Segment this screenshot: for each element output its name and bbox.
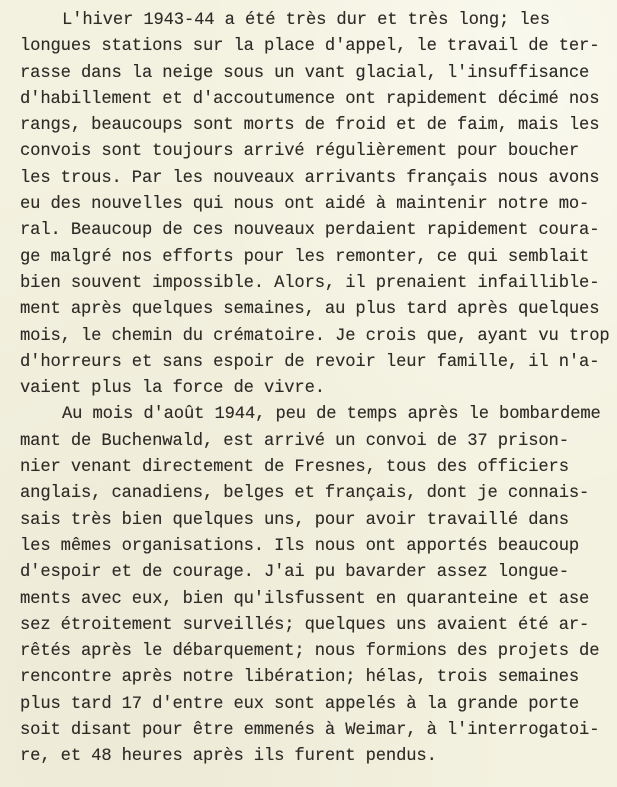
- paragraph-august-1944: Au mois d'août 1944, peu de temps après …: [20, 402, 610, 770]
- text-line: les mêmes organisations. Ils nous ont ap…: [20, 534, 610, 560]
- text-line: L'hiver 1943-44 a été très dur et très l…: [20, 8, 610, 34]
- text-line: soit disant pour être emmenés à Weimar, …: [20, 718, 610, 744]
- text-line: ments avec eux, bien qu'ilsfussent en qu…: [20, 587, 610, 613]
- text-line: les trous. Par les nouveaux arrivants fr…: [20, 166, 610, 192]
- text-line: convois sont toujours arrivé régulièreme…: [20, 139, 610, 165]
- text-line: longues stations sur la place d'appel, l…: [20, 34, 610, 60]
- text-line: rasse dans la neige sous un vant glacial…: [20, 61, 610, 87]
- text-line: mant de Buchenwald, est arrivé un convoi…: [20, 429, 610, 455]
- text-line: eu des nouvelles qui nous ont aidé à mai…: [20, 192, 610, 218]
- text-line: anglais, canadiens, belges et français, …: [20, 481, 610, 507]
- text-line: d'espoir et de courage. J'ai pu bavarder…: [20, 560, 610, 586]
- text-line: d'habillement et d'accoutumence ont rapi…: [20, 87, 610, 113]
- text-line: d'horreurs et sans espoir de revoir leur…: [20, 350, 610, 376]
- text-line: bien souvent impossible. Alors, il prena…: [20, 271, 610, 297]
- text-line: rêtés après le débarquement; nous formio…: [20, 639, 610, 665]
- text-line: mois, le chemin du crématoire. Je crois …: [20, 324, 610, 350]
- text-line: rangs, beaucoups sont morts de froid et …: [20, 113, 610, 139]
- text-line: plus tard 17 d'entre eux sont appelés à …: [20, 692, 610, 718]
- text-line: ral. Beaucoup de ces nouveaux perdaient …: [20, 218, 610, 244]
- text-line: sez étroitement surveillés; quelques uns…: [20, 613, 610, 639]
- paragraph-winter-1943: L'hiver 1943-44 a été très dur et très l…: [20, 8, 610, 402]
- text-line: Au mois d'août 1944, peu de temps après …: [20, 402, 610, 428]
- text-line: ge malgré nos efforts pour les remonter,…: [20, 245, 610, 271]
- text-line: ment après quelques semaines, au plus ta…: [20, 297, 610, 323]
- text-line: vaient plus la force de vivre.: [20, 376, 610, 402]
- typewritten-page: L'hiver 1943-44 a été très dur et très l…: [20, 8, 610, 771]
- text-line: nier venant directement de Fresnes, tous…: [20, 455, 610, 481]
- text-line: rencontre après notre libération; hélas,…: [20, 665, 610, 691]
- text-line: sais très bien quelques uns, pour avoir …: [20, 508, 610, 534]
- text-line: re, et 48 heures après ils furent pendus…: [20, 744, 610, 770]
